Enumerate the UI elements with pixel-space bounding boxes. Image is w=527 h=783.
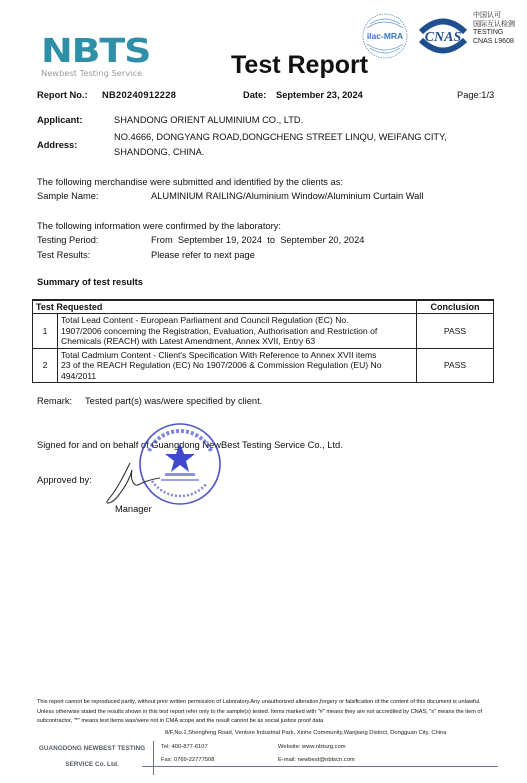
signature-scribble-icon (100, 458, 170, 508)
description-line: Chemicals (REACH) with Latest Amendment,… (61, 336, 413, 347)
footer-website[interactable]: Website: www.nbtszg.com (278, 744, 346, 750)
description-line: Total Lead Content - European Parliament… (61, 315, 413, 326)
cnas-line: 国际互认检测 (473, 21, 515, 30)
description-line: Total Cadmium Content - Client's Specifi… (61, 350, 413, 361)
cnas-accreditation-text: 中国认可 国际互认检测 TESTING CNAS L9608 (473, 12, 515, 46)
description-line: 494/2011 (61, 371, 413, 382)
summary-heading: Summary of test results (37, 277, 143, 287)
lab-info-intro: The following information were confirmed… (37, 221, 281, 231)
date-label: Date: (243, 90, 266, 100)
footer-divider-horizontal (142, 766, 498, 767)
nbts-logo-mark: NBTS (41, 34, 168, 68)
footer-tel: Tel: 400-877-6107 (161, 744, 208, 750)
svg-text:CNAS: CNAS (425, 30, 462, 45)
company-line: GUANGDONG NEWBEST TESTING (37, 741, 147, 757)
row-description: Total Lead Content - European Parliament… (58, 314, 417, 349)
page-title: Test Report (231, 51, 368, 80)
nbts-logo: NBTS Newbest Testing Service (41, 34, 151, 78)
applicant-value: SHANDONG ORIENT ALUMINIUM CO., LTD. (114, 115, 303, 125)
cnas-line: TESTING (473, 29, 515, 38)
merchandise-intro: The following merchandise were submitted… (37, 177, 343, 187)
row-number: 2 (33, 348, 58, 383)
remark-value: Tested part(s) was/were specified by cli… (85, 396, 262, 406)
footer-address: 8/F,No.1,Shengfeng Road, Venture Industr… (165, 730, 447, 736)
row-conclusion: PASS (417, 348, 494, 383)
cnas-logo-icon: CNAS (416, 17, 470, 55)
cnas-line: CNAS L9608 (473, 38, 515, 47)
footer-fax: Fax: 0769-22777508 (161, 757, 215, 763)
address-line-1: NO.4666, DONGYANG ROAD,DONGCHENG STREET … (114, 132, 447, 142)
row-description: Total Cadmium Content - Client's Specifi… (58, 348, 417, 383)
summary-table: Test Requested Conclusion 1 Total Lead C… (32, 299, 494, 383)
footer-company-name: GUANGDONG NEWBEST TESTING SERVICE Co. Lt… (37, 741, 147, 773)
svg-text:ilac-MRA: ilac-MRA (367, 31, 403, 41)
page-indicator: Page:1/3 (457, 90, 494, 100)
footer-divider-vertical (153, 741, 154, 775)
col-test-requested: Test Requested (33, 300, 417, 314)
report-no-value: NB20240912228 (102, 90, 176, 100)
col-conclusion: Conclusion (417, 300, 494, 314)
table-header-row: Test Requested Conclusion (33, 300, 494, 314)
footer-email[interactable]: E-mail: newbest@nbtscn.com (278, 757, 355, 763)
footer-disclaimer: This report cannot be reproduced partly,… (37, 698, 497, 727)
applicant-label: Applicant: (37, 115, 82, 125)
test-results-label: Test Results: (37, 250, 90, 260)
company-line: SERVICE Co. Ltd. (37, 757, 147, 773)
test-results-value: Please refer to next page (151, 250, 255, 260)
table-row: 2 Total Cadmium Content - Client's Speci… (33, 348, 494, 383)
row-number: 1 (33, 314, 58, 349)
description-line: 1907/2006 concerning the Registration, E… (61, 326, 413, 337)
description-line: 23 of the REACH Regulation (EC) No 1907/… (61, 360, 413, 371)
date-value: September 23, 2024 (276, 90, 363, 100)
remark-label: Remark: (37, 396, 72, 406)
row-conclusion: PASS (417, 314, 494, 349)
sample-name-value: ALUMINIUM RAILING/Aluminium Window/Alumi… (151, 191, 423, 201)
table-row: 1 Total Lead Content - European Parliame… (33, 314, 494, 349)
report-no-label: Report No.: (37, 90, 88, 100)
testing-period-label: Testing Period: (37, 235, 99, 245)
cnas-line: 中国认可 (473, 12, 515, 21)
approved-by-label: Approved by: (37, 475, 92, 485)
address-label: Address: (37, 140, 77, 150)
sample-name-label: Sample Name: (37, 191, 99, 201)
address-line-2: SHANDONG, CHINA. (114, 147, 204, 157)
testing-period-value: From September 19, 2024 to September 20,… (151, 235, 364, 245)
ilac-mra-logo-icon: ilac-MRA (361, 12, 409, 60)
